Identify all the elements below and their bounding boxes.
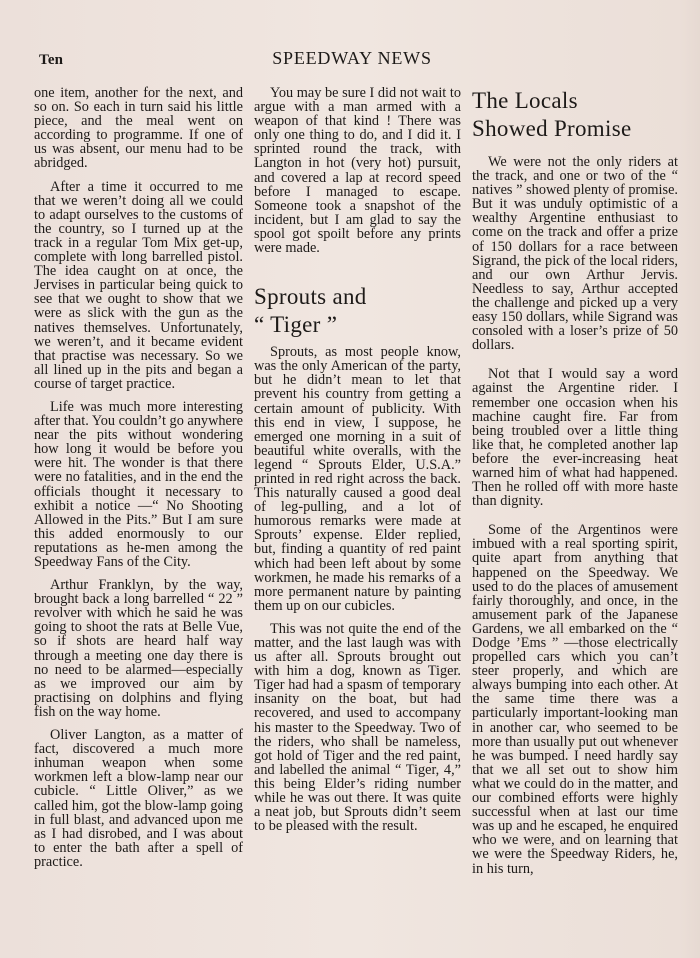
paragraph: one item, another for the next, and so o… xyxy=(34,86,243,171)
page-header: Ten SPEEDWAY NEWS xyxy=(0,48,700,72)
section-heading-the-locals-showed-promise: The Locals Showed Promise xyxy=(472,87,678,143)
heading-line: Showed Promise xyxy=(472,116,631,141)
paragraph: Arthur Franklyn, by the way, brought bac… xyxy=(34,578,243,719)
paragraph: This was not quite the end of the matter… xyxy=(254,622,461,833)
paragraph: Not that I would say a word against the … xyxy=(472,367,678,508)
heading-line: Sprouts and xyxy=(254,284,367,309)
paragraph: Life was much more interesting after tha… xyxy=(34,400,243,569)
magazine-page: Ten SPEEDWAY NEWS one item, another for … xyxy=(0,0,700,958)
column-right: The Locals Showed Promise We were not th… xyxy=(472,87,678,891)
section-heading-sprouts-and-tiger: Sprouts and “ Tiger ” xyxy=(254,283,461,339)
paragraph: Oliver Langton, as a matter of fact, dis… xyxy=(34,728,243,869)
paragraph: You may be sure I did not wait to argue … xyxy=(254,86,461,255)
paragraph: After a time it occurred to me that we w… xyxy=(34,180,243,391)
heading-line: The Locals xyxy=(472,88,578,113)
publication-title: SPEEDWAY NEWS xyxy=(0,48,700,69)
column-middle: You may be sure I did not wait to argue … xyxy=(254,86,461,842)
paragraph: We were not the only riders at the track… xyxy=(472,155,678,352)
paragraph: Sprouts, as most people know, was the on… xyxy=(254,345,461,613)
paragraph: Some of the Argentinos were imbued with … xyxy=(472,523,678,875)
heading-line: “ Tiger ” xyxy=(254,312,337,337)
column-left: one item, another for the next, and so o… xyxy=(34,86,243,878)
